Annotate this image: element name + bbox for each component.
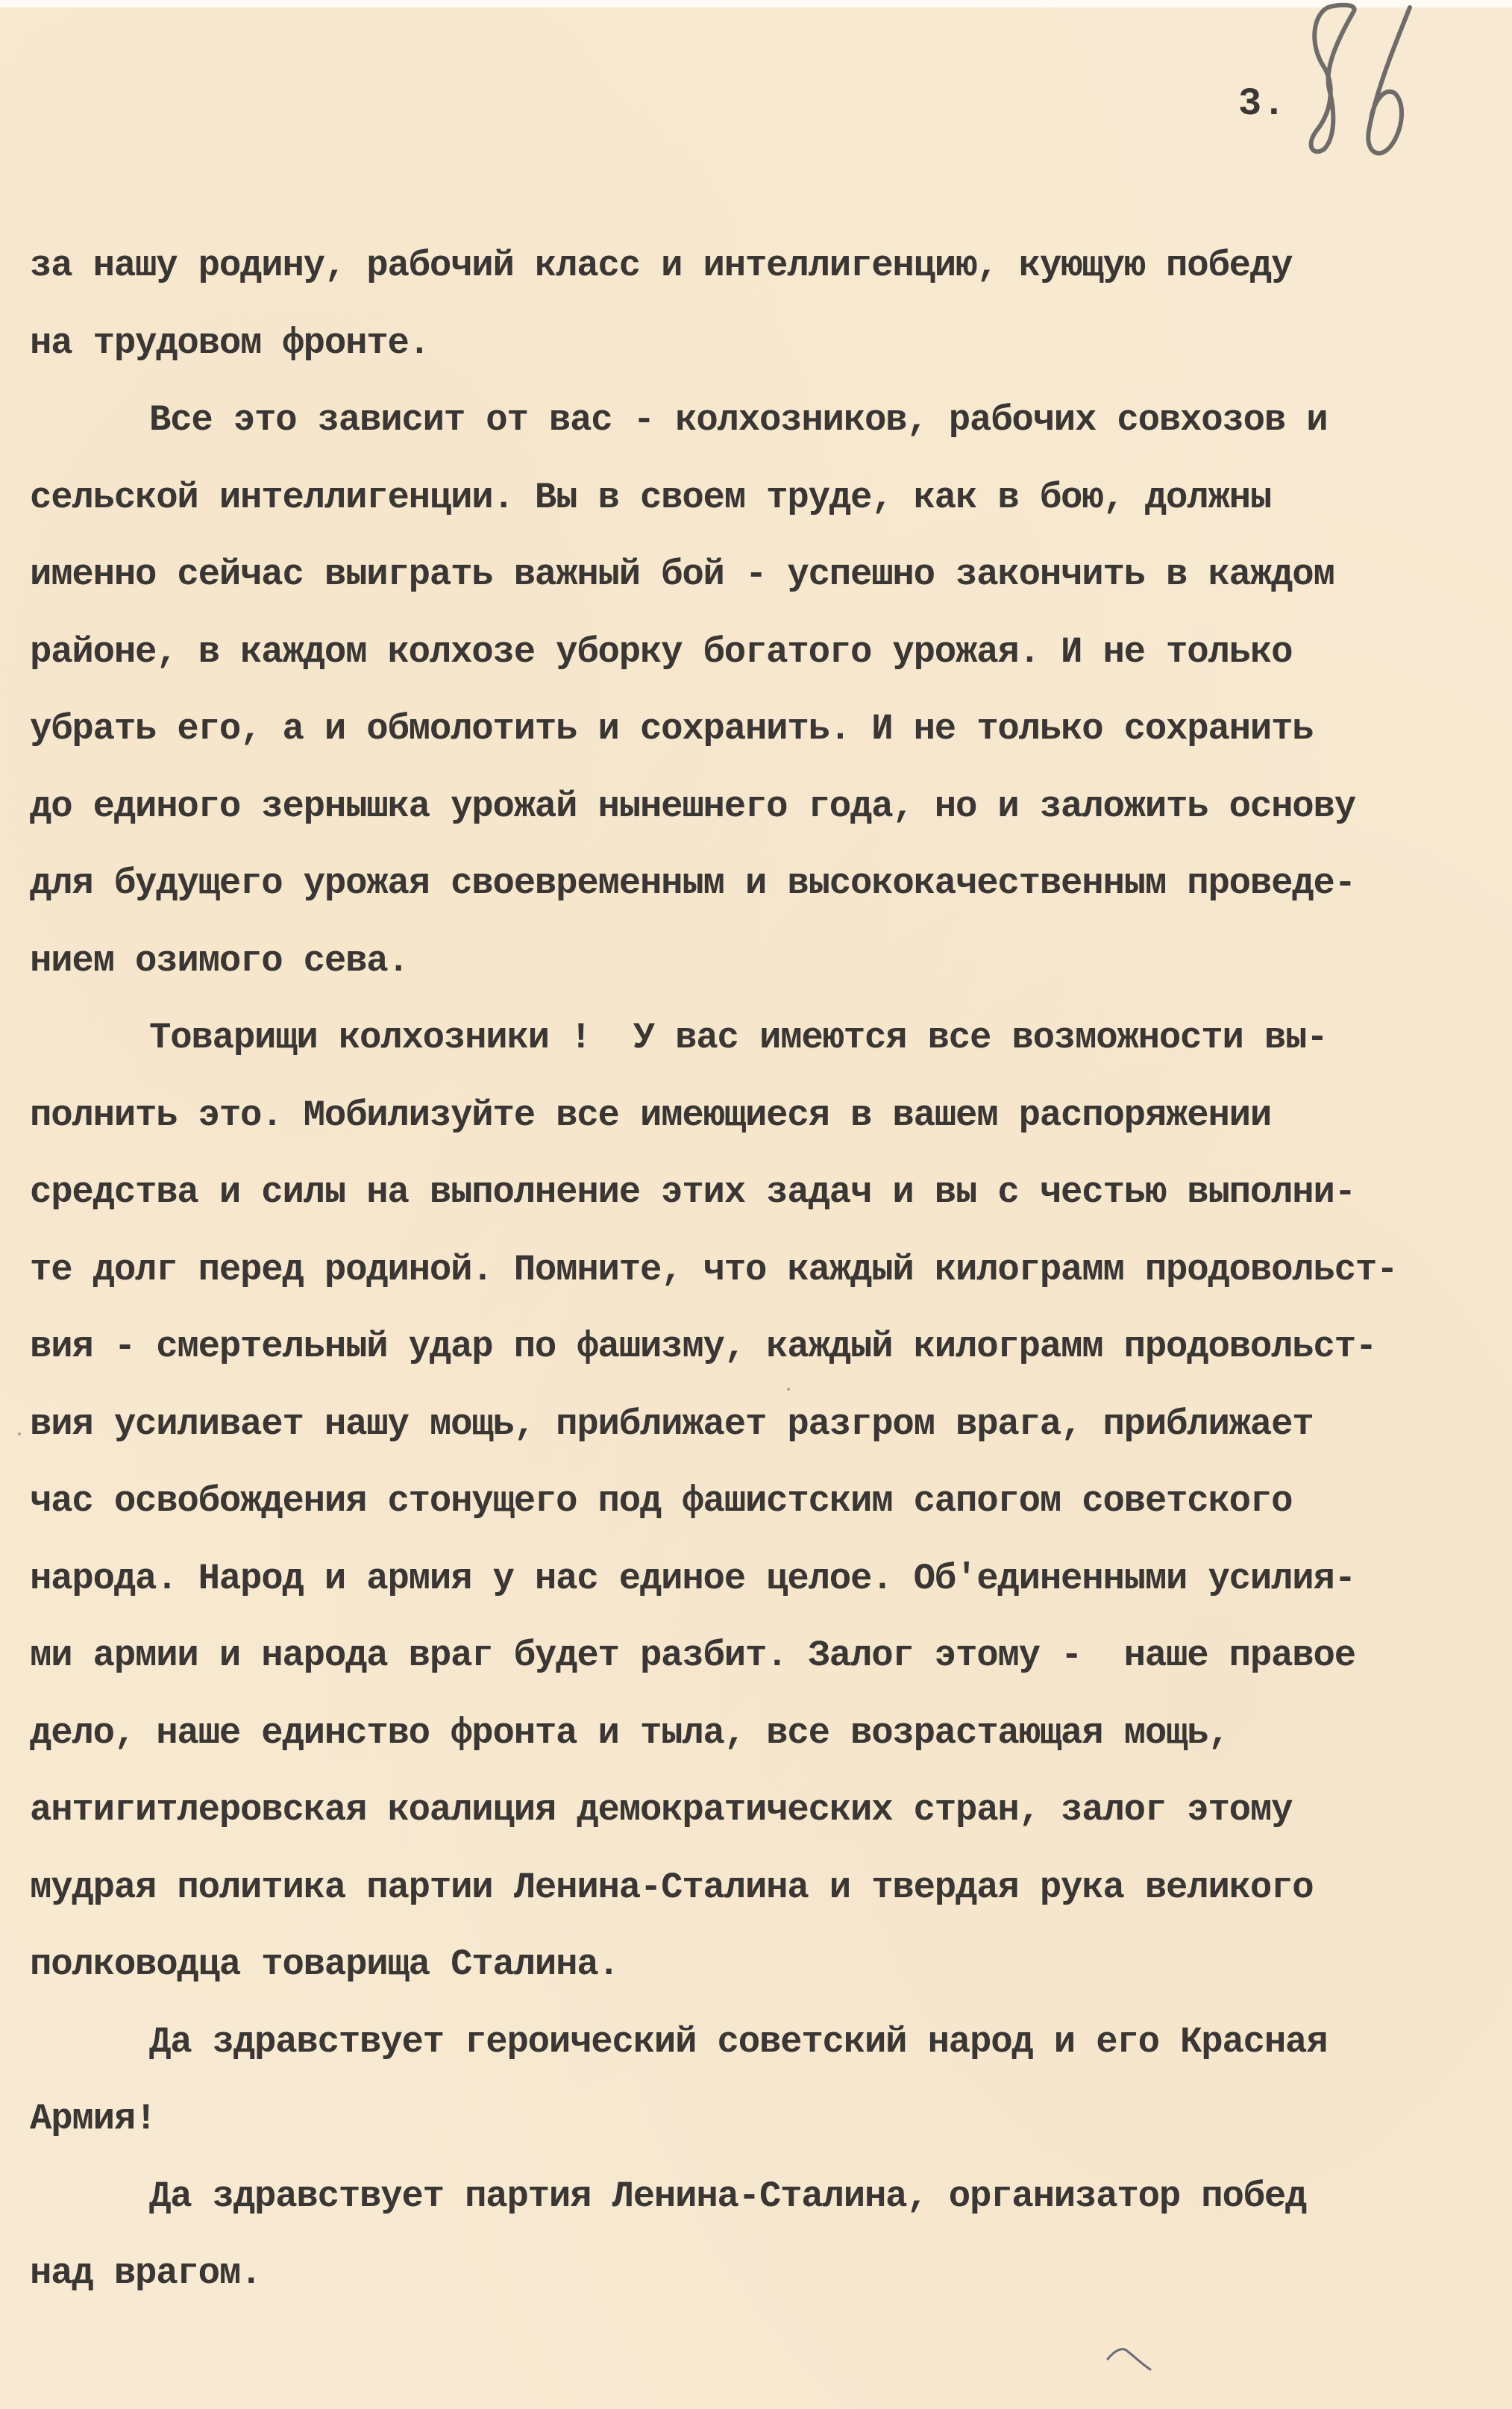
text-line: на трудовом фронте. (30, 305, 1507, 383)
text-line: для будущего урожая своевременным и высо… (30, 845, 1507, 923)
text-line: антигитлеровская коалиция демократически… (30, 1772, 1507, 1849)
text-line: именно сейчас выиграть важный бой - успе… (30, 536, 1507, 614)
text-line: убрать его, а и обмолотить и сохранить. … (30, 691, 1507, 768)
text-line: те долг перед родиной. Помните, что кажд… (30, 1232, 1507, 1309)
text-line: ми армии и народа враг будет разбит. Зал… (30, 1617, 1507, 1695)
text-line: вия - смертельный удар по фашизму, кажды… (30, 1309, 1507, 1386)
text-line: Да здравствует героический советский нар… (30, 2004, 1507, 2081)
text-line: над врагом. (30, 2235, 1507, 2313)
text-line: вия усиливает нашу мощь, приближает разг… (30, 1386, 1507, 1464)
text-line: до единого зернышка урожай нынешнего год… (30, 768, 1507, 846)
folio-86-pencil-icon (1283, 0, 1417, 172)
document-body: за нашу родину, рабочий класс и интеллиг… (30, 228, 1507, 2313)
text-line: народа. Народ и армия у нас единое целое… (30, 1541, 1507, 1618)
text-line: нием озимого сева. (30, 923, 1507, 1000)
typed-page-number: 3. (1238, 82, 1286, 126)
paper-speck (18, 1432, 21, 1435)
handwritten-folio-number (1283, 0, 1417, 172)
text-line: Да здравствует партия Ленина-Сталина, ор… (30, 2158, 1507, 2236)
pencil-tick-mark-icon (1104, 2343, 1156, 2372)
text-line: дело, наше единство фронта и тыла, все в… (30, 1695, 1507, 1773)
text-line: мудрая политика партии Ленина-Сталина и … (30, 1849, 1507, 1927)
text-line: час освобождения стонущего под фашистски… (30, 1463, 1507, 1541)
text-line: полнить это. Мобилизуйте все имеющиеся в… (30, 1077, 1507, 1155)
text-line: за нашу родину, рабочий класс и интеллиг… (30, 228, 1507, 305)
text-line: районе, в каждом колхозе уборку богатого… (30, 614, 1507, 692)
text-line: сельской интеллигенции. Вы в своем труде… (30, 460, 1507, 537)
text-line: средства и силы на выполнение этих задач… (30, 1154, 1507, 1232)
paper-speck (787, 1388, 790, 1391)
text-line: Товарищи колхозники ! У вас имеются все … (30, 1000, 1507, 1077)
text-line: Все это зависит от вас - колхозников, ра… (30, 382, 1507, 460)
text-line: полководца товарища Сталина. (30, 1926, 1507, 2004)
text-line: Армия! (30, 2081, 1507, 2158)
